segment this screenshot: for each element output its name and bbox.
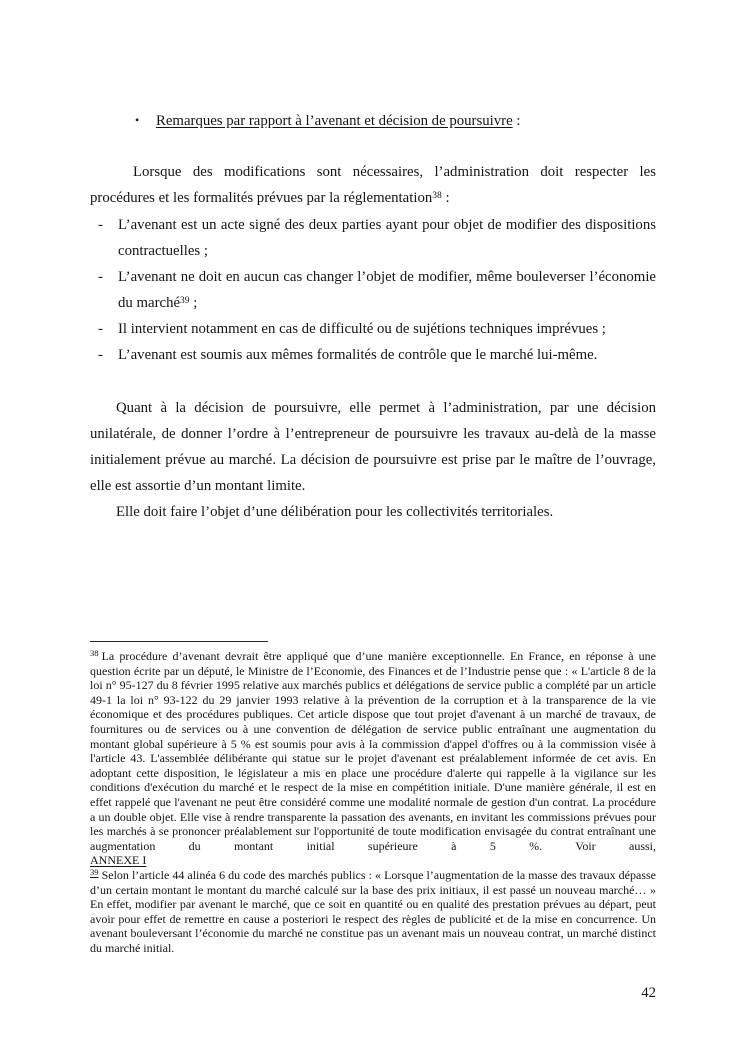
dash-list: -L’avenant est un acte signé des deux pa… [90,212,656,368]
heading-title: Remarques par rapport à l’avenant et déc… [156,113,513,129]
dash-marker: - [98,212,103,238]
footnote-separator [90,641,268,642]
bullet-icon: • [135,110,156,130]
footnote-38: 38La procédure d’avenant devrait être ap… [90,649,656,853]
annexe-link[interactable]: ANNEXE I [90,853,656,868]
footnote-38-text: La procédure d’avenant devrait être appl… [90,649,656,853]
list-item-text: L’avenant est soumis aux mêmes formalité… [118,347,597,363]
footnote-39-text: Selon l’article 44 alinéa 6 du code des … [90,868,656,955]
footnote-ref-38-marker: 38 [432,191,442,201]
dash-marker: - [98,316,103,342]
intro-text: Lorsque des modifications sont nécessair… [90,164,656,206]
page-number: 42 [641,985,656,1002]
footnote-ref-39-marker: 39 [180,296,190,306]
heading-suffix: : [513,113,521,129]
list-item-text: L’avenant est un acte signé des deux par… [118,217,656,259]
footnote-39-number: 39 [90,867,99,877]
dash-marker: - [98,342,103,368]
list-item: -L’avenant est un acte signé des deux pa… [90,212,656,264]
section-heading: •Remarques par rapport à l’avenant et dé… [135,110,655,131]
footnote-39: 39Selon l’article 44 alinéa 6 du code de… [90,868,656,956]
footnote-38-number: 38 [90,648,99,658]
intro-paragraph: Lorsque des modifications sont nécessair… [90,159,656,211]
dash-marker: - [98,264,103,290]
footnotes-section: 38La procédure d’avenant devrait être ap… [90,641,656,955]
body-paragraph-decision: Quant à la décision de poursuivre, elle … [90,395,656,499]
body-section: Quant à la décision de poursuivre, elle … [90,395,656,525]
list-item: -Il intervient notamment en cas de diffi… [90,316,656,342]
list-item-text: Il intervient notamment en cas de diffic… [118,321,606,337]
list-item-suffix: ; [190,295,198,311]
list-item: -L’avenant ne doit en aucun cas changer … [90,264,656,316]
intro-suffix: : [442,190,450,206]
document-page: •Remarques par rapport à l’avenant et dé… [0,0,745,1053]
list-item: -L’avenant est soumis aux mêmes formalit… [90,342,656,368]
body-paragraph-deliberation: Elle doit faire l’objet d’une délibérati… [90,499,656,525]
list-item-text: L’avenant ne doit en aucun cas changer l… [118,269,656,311]
